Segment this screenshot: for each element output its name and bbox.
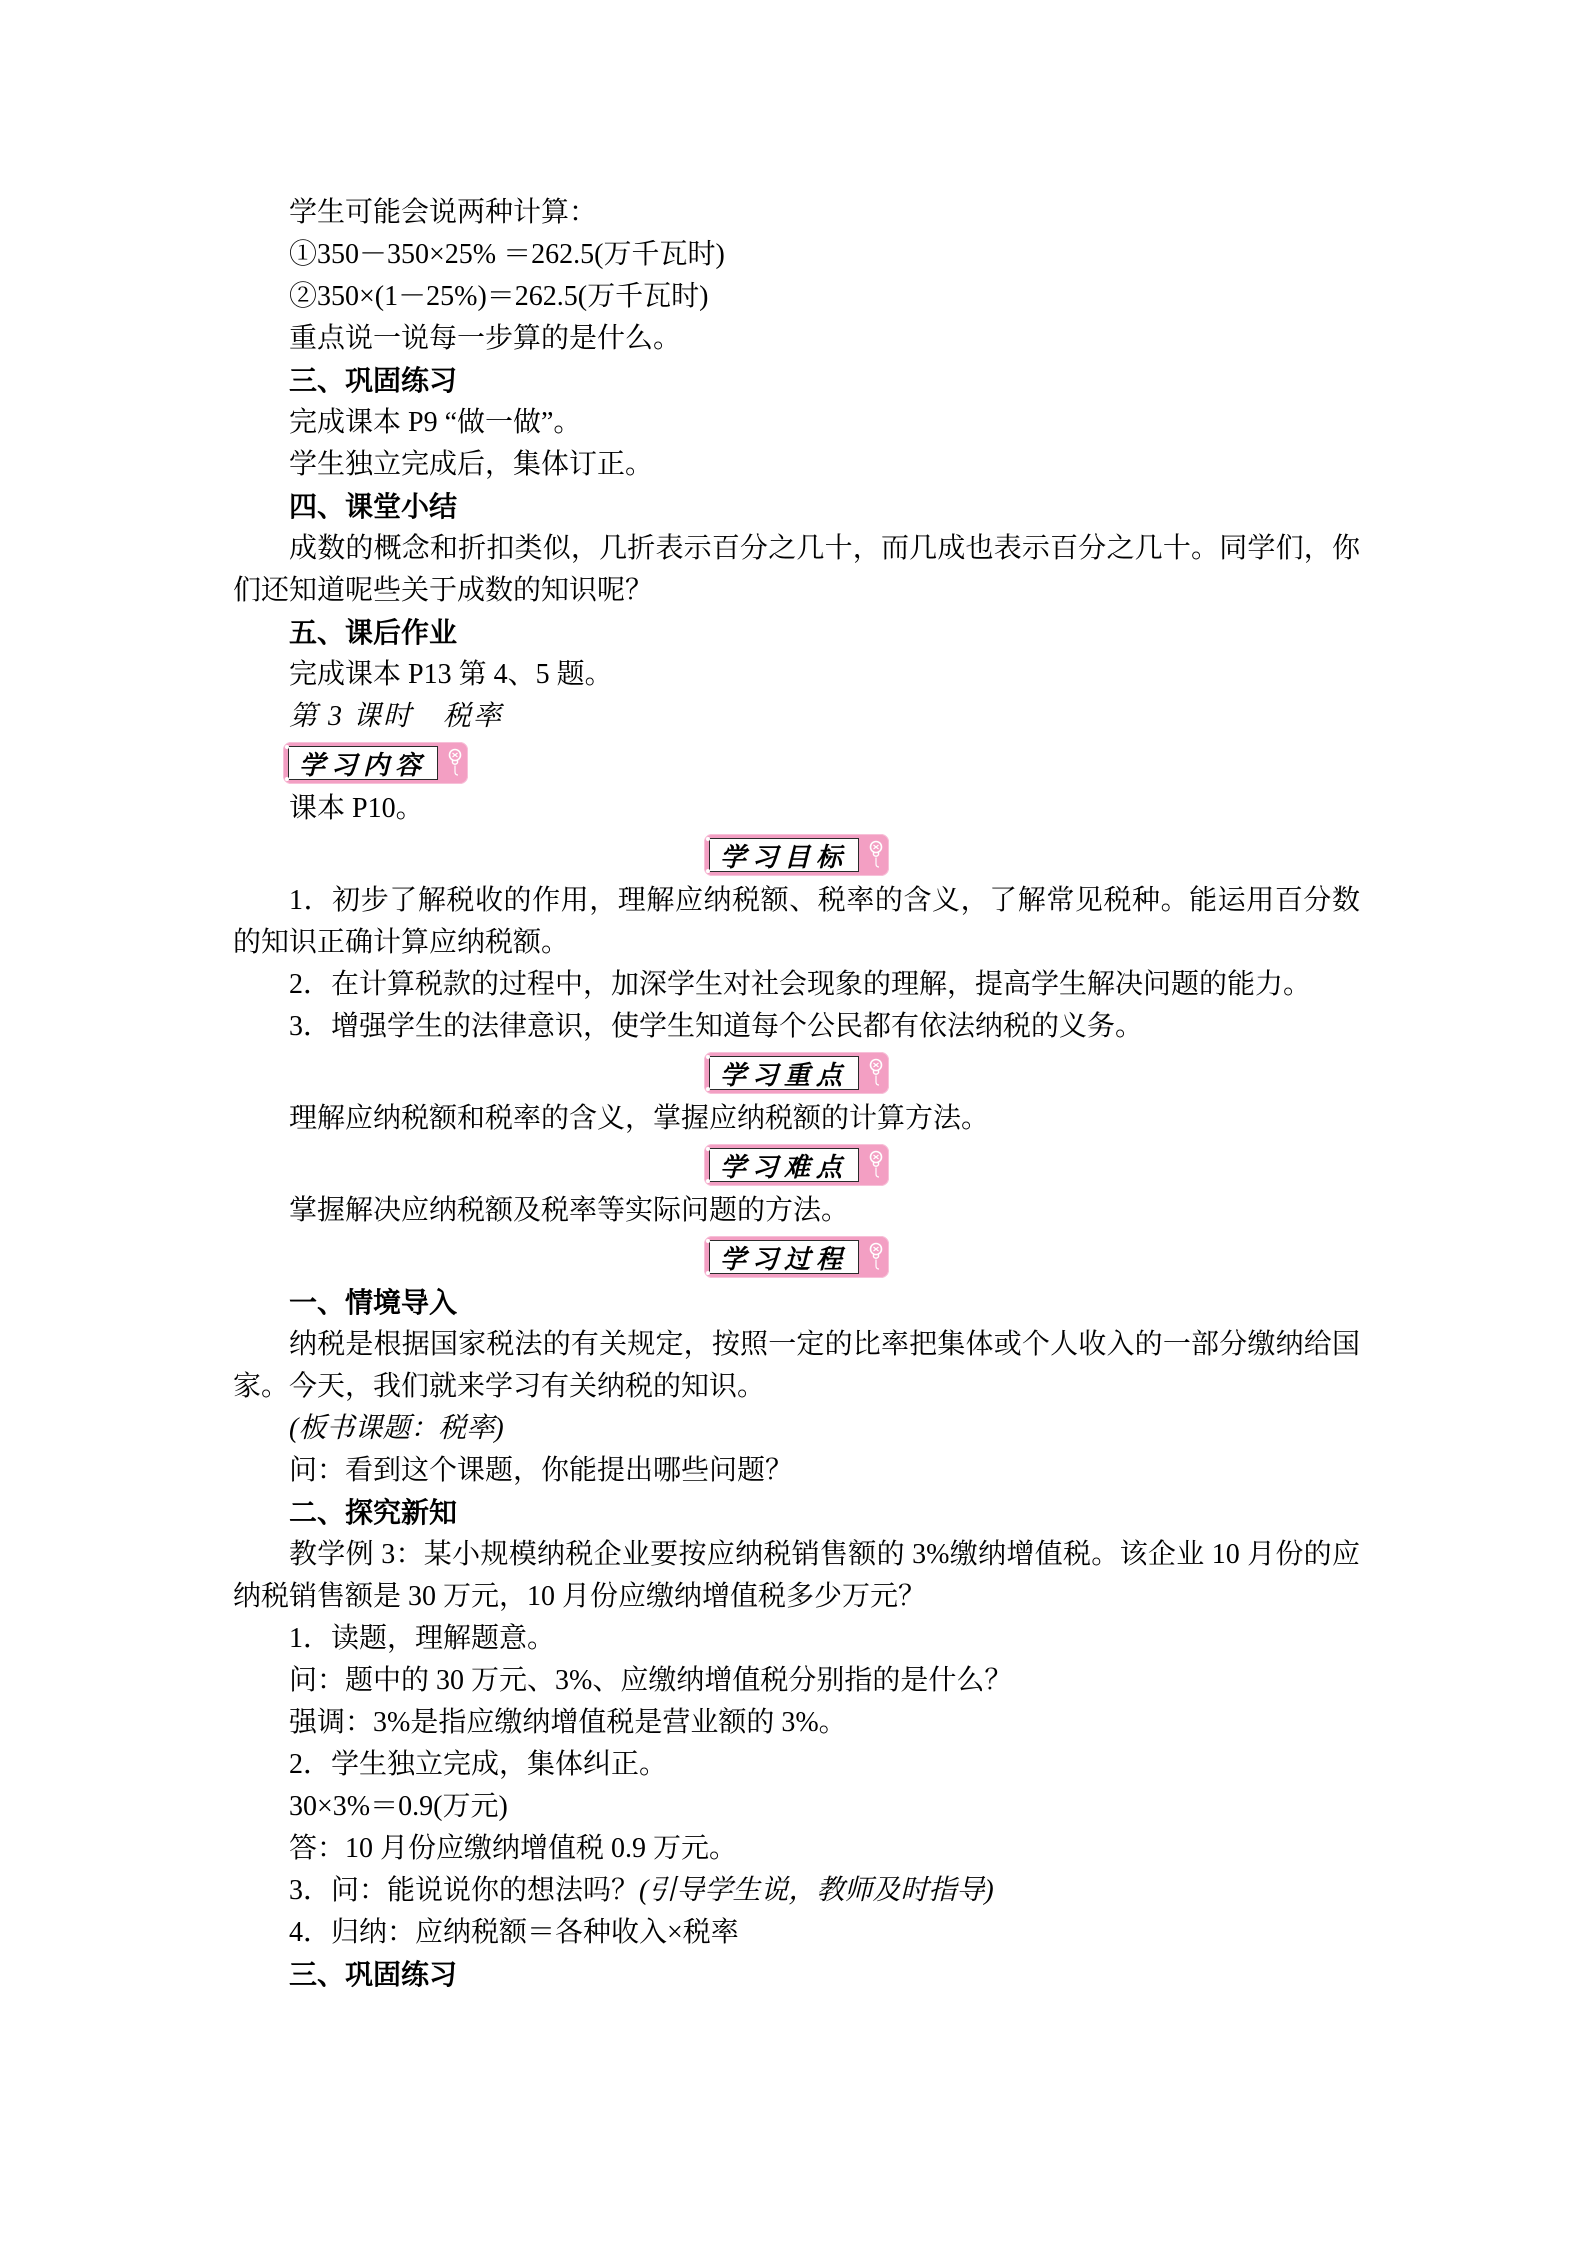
paragraph-answer: 答：10 月份应缴纳增值税 0.9 万元。 bbox=[233, 1828, 1360, 1870]
paragraph-intro-question: 问：看到这个课题，你能提出哪些问题？ bbox=[233, 1450, 1360, 1492]
study-difficulty-badge-label: 学习难点 bbox=[709, 1148, 859, 1182]
study-content-badge: 学习内容 bbox=[283, 742, 468, 784]
paragraph-step-4: 4．归纳：应纳税额＝各种收入×税率 bbox=[233, 1912, 1360, 1954]
study-difficulty-badge: 学习难点 bbox=[704, 1144, 889, 1186]
heading-consolidation-practice-2: 三、巩固练习 bbox=[233, 1954, 1360, 1996]
study-goals-badge: 学习目标 bbox=[704, 834, 889, 876]
lightbulb-icon bbox=[868, 839, 884, 871]
paragraph-step-1: 1．读题，理解题意。 bbox=[233, 1618, 1360, 1660]
paragraph-study-content: 课本 P10。 bbox=[233, 788, 1360, 830]
paragraph-goal-2: 2．在计算税款的过程中，加深学生对社会现象的理解，提高学生解决问题的能力。 bbox=[233, 964, 1360, 1006]
heading-consolidation-practice: 三、巩固练习 bbox=[233, 360, 1360, 402]
lightbulb-icon bbox=[447, 747, 463, 779]
badge-row-study-content: 学习内容 bbox=[233, 738, 1360, 788]
lightbulb-icon bbox=[868, 1057, 884, 1089]
paragraph-question-1: 问：题中的 30 万元、3%、应缴纳增值税分别指的是什么？ bbox=[233, 1660, 1360, 1702]
paragraph-example-3: 教学例 3：某小规模纳税企业要按应纳税销售额的 3%缴纳增值税。该企业 10 月… bbox=[233, 1534, 1360, 1618]
lesson-title: 第 3 课时 税率 bbox=[233, 696, 1360, 738]
study-goals-badge-label: 学习目标 bbox=[709, 838, 859, 872]
paragraph-key-point: 理解应纳税额和税率的含义，掌握应纳税额的计算方法。 bbox=[233, 1098, 1360, 1140]
formula-method-2: ②350×(1－25%)＝262.5(万千瓦时) bbox=[233, 276, 1360, 318]
heading-explore-new: 二、探究新知 bbox=[233, 1492, 1360, 1534]
paragraph-summary: 成数的概念和折扣类似，几折表示百分之几十，而几成也表示百分之几十。同学们，你们还… bbox=[233, 528, 1360, 612]
lightbulb-icon bbox=[868, 1149, 884, 1181]
heading-situation-intro: 一、情境导入 bbox=[233, 1282, 1360, 1324]
study-content-badge-label: 学习内容 bbox=[288, 746, 438, 780]
paragraph-step-3: 3．问：能说说你的想法吗？(引导学生说，教师及时指导) bbox=[233, 1870, 1360, 1912]
badge-row-study-difficulty: 学习难点 bbox=[233, 1140, 1360, 1190]
badge-row-study-key-point: 学习重点 bbox=[233, 1048, 1360, 1098]
paragraph-intro: 纳税是根据国家税法的有关规定，按照一定的比率把集体或个人收入的一部分缴纳给国家。… bbox=[233, 1324, 1360, 1408]
paragraph-practice-p9: 完成课本 P9 “做一做”。 bbox=[233, 402, 1360, 444]
step-3-text: 3．问：能说说你的想法吗？ bbox=[289, 1875, 639, 1906]
badge-row-study-goals: 学习目标 bbox=[233, 830, 1360, 880]
badge-row-study-process: 学习过程 bbox=[233, 1232, 1360, 1282]
study-key-point-badge: 学习重点 bbox=[704, 1052, 889, 1094]
paragraph-step-2: 2．学生独立完成，集体纠正。 bbox=[233, 1744, 1360, 1786]
heading-class-summary: 四、课堂小结 bbox=[233, 486, 1360, 528]
formula-tax: 30×3%＝0.9(万元) bbox=[233, 1786, 1360, 1828]
study-key-point-badge-label: 学习重点 bbox=[709, 1056, 859, 1090]
paragraph-goal-1: 1．初步了解税收的作用，理解应纳税额、税率的含义，了解常见税种。能运用百分数的知… bbox=[233, 880, 1360, 964]
paragraph-two-methods: 学生可能会说两种计算： bbox=[233, 192, 1360, 234]
study-process-badge-label: 学习过程 bbox=[709, 1240, 859, 1274]
paragraph-board-note: (板书课题：税率) bbox=[233, 1408, 1360, 1450]
paragraph-goal-3: 3．增强学生的法律意识，使学生知道每个公民都有依法纳税的义务。 bbox=[233, 1006, 1360, 1048]
paragraph-difficulty: 掌握解决应纳税额及税率等实际问题的方法。 bbox=[233, 1190, 1360, 1232]
heading-homework: 五、课后作业 bbox=[233, 612, 1360, 654]
document-page: 学生可能会说两种计算： ①350－350×25% ＝262.5(万千瓦时) ②3… bbox=[0, 0, 1587, 2245]
formula-method-1: ①350－350×25% ＝262.5(万千瓦时) bbox=[233, 234, 1360, 276]
lightbulb-icon bbox=[868, 1241, 884, 1273]
study-process-badge: 学习过程 bbox=[704, 1236, 889, 1278]
paragraph-emphasize: 强调：3%是指应缴纳增值税是营业额的 3%。 bbox=[233, 1702, 1360, 1744]
paragraph-explain-steps: 重点说一说每一步算的是什么。 bbox=[233, 318, 1360, 360]
paragraph-homework: 完成课本 P13 第 4、5 题。 bbox=[233, 654, 1360, 696]
paragraph-practice-check: 学生独立完成后，集体订正。 bbox=[233, 444, 1360, 486]
step-3-note: (引导学生说，教师及时指导) bbox=[639, 1875, 994, 1906]
document-body: 学生可能会说两种计算： ①350－350×25% ＝262.5(万千瓦时) ②3… bbox=[233, 192, 1360, 1996]
